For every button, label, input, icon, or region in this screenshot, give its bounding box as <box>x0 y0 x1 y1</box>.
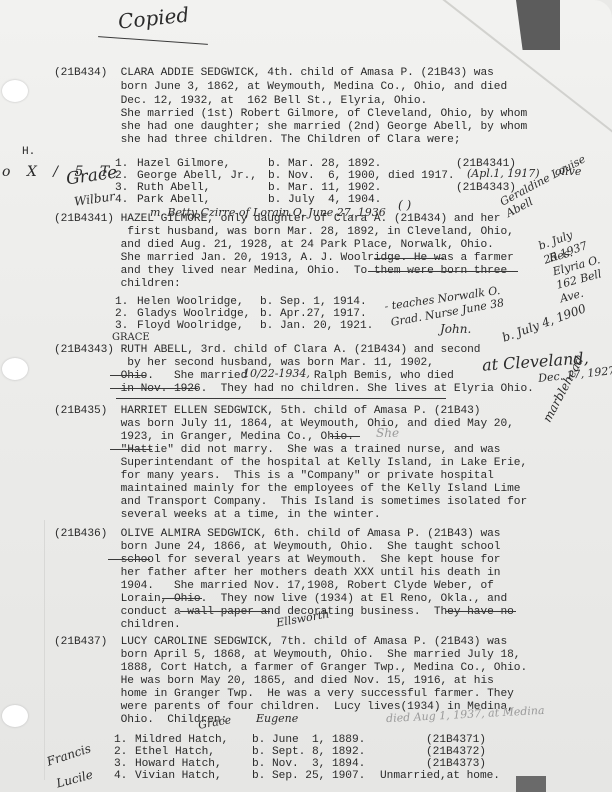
entry-21b435-line: 1923, in Granger, Medina Co., Ohio. <box>54 431 354 444</box>
strike-line <box>110 388 198 389</box>
john-birth-note: b. July 4, 1900 <box>500 301 588 344</box>
entry-21b434-line: she had one daughter; she married (2nd) … <box>54 121 527 134</box>
entry-21b4341-line: and died Aug. 21, 1928, at 24 Park Place… <box>54 239 494 252</box>
entry-21b4343-line: in Nov. 1926. They had no children. She … <box>54 383 534 396</box>
entry-21b436-line: born June 24, 1866, at Weymouth, Ohio. S… <box>54 541 500 554</box>
entry-21b437-line: (21B437) LUCY CAROLINE SEDGWICK, 7th. ch… <box>54 636 507 649</box>
entry-21b437-line: born April 5, 1868, at Weymouth, Ohio. S… <box>54 649 520 662</box>
entry-21b434-line: she had three children. The Children of … <box>54 134 460 147</box>
entry-21b435-line: several weeks at a time, in the winter. <box>54 509 381 522</box>
entry-21b435-line: maintained mainly for the employees of t… <box>54 483 520 496</box>
entry-21b434-line: (21B434) CLARA ADDIE SEDGWICK, 4th. chil… <box>54 67 494 80</box>
tape-tab-bottom <box>516 776 546 792</box>
grace-caret-note: GRACE <box>112 332 150 343</box>
strike-line <box>108 559 150 560</box>
child-born: b. Sep. 25, 1907. <box>252 770 365 783</box>
entry-21b437-line: 1888, Cort Hatch, a farmer of Granger Tw… <box>54 662 527 675</box>
strike-line <box>446 611 516 612</box>
entry-21b436-line: school for several years at Weymouth. Sh… <box>54 554 500 567</box>
john-note: John. <box>440 322 471 336</box>
child-note: Unmarried,at home. <box>380 770 500 783</box>
punch-hole <box>2 358 28 380</box>
child-born: b. Jan. 20, 1921. <box>260 320 373 333</box>
george-death-note: (Apl.1, 1917) <box>467 167 540 180</box>
entry-21b435-line: and Transport Company. This Island is so… <box>54 496 527 509</box>
child-num: 4. <box>115 194 128 207</box>
entry-21b436-line: her father after her mothers death XXX u… <box>54 567 500 580</box>
lucile-note: Lucile <box>55 767 95 790</box>
strike-line <box>180 611 270 612</box>
section-underline <box>116 398 446 399</box>
entry-21b435-line: "Hattie" did not marry. She was a traine… <box>54 444 500 457</box>
entry-21b436-line: (21B436) OLIVE ALMIRA SEDGWICK, 6th. chi… <box>54 528 500 541</box>
punch-hole <box>2 705 28 727</box>
child-name: Floyd Woolridge, <box>137 320 244 333</box>
copied-underline <box>98 36 208 45</box>
entry-21b4341-line: (21B4341) HAZEL GILMORE, only daughter o… <box>54 213 500 226</box>
entry-21b435-line: for many years. This is a "Company" or p… <box>54 470 494 483</box>
punch-hole <box>2 80 28 102</box>
strike-line <box>162 598 202 599</box>
child-name: Vivian Hatch, <box>135 770 222 783</box>
francis-note: Francis <box>45 741 93 768</box>
entry-21b4341-line: She married Jan. 20, 1913, A. J. Woolrid… <box>54 252 514 265</box>
entry-21b4341-line: children: <box>54 278 181 291</box>
she-faint-note: She <box>376 426 399 440</box>
child-num: 4. <box>114 770 127 783</box>
wilbur-note: Wilbur <box>73 189 116 209</box>
entry-21b4343-line: (21B4343) RUTH ABELL, 3rd. child of Clar… <box>54 344 480 357</box>
entry-21b4341-line: first husband, was born Mar. 28, 1892, i… <box>54 226 514 239</box>
entry-21b435-line: was born July 11, 1864, at Weymouth, Ohi… <box>54 418 514 431</box>
copied-note: Copied <box>117 2 190 33</box>
entry-21b434-line: She married (1st) Robert Gilmore, of Cle… <box>54 108 527 121</box>
margin-crease <box>44 520 45 780</box>
eugene-note: Eugene <box>256 712 298 725</box>
entry-21b436-line: children. <box>54 619 181 632</box>
document-page: Copied (21B434) CLARA ADDIE SEDGWICK, 4t… <box>0 0 612 792</box>
strike-line <box>374 258 444 259</box>
tape-tab-top <box>516 0 560 50</box>
parens-note: ( ) <box>398 198 411 212</box>
entry-21b437-line: He was born May 20, 1865, and died Nov. … <box>54 675 494 688</box>
h-mark: H. <box>22 146 35 159</box>
strike-line <box>368 271 518 272</box>
entry-21b435-line: (21B435) HARRIET ELLEN SEDGWICK, 5th. ch… <box>54 405 480 418</box>
entry-21b437-line: home in Granger Twp. He was a very succe… <box>54 688 514 701</box>
strike-line <box>330 436 360 437</box>
entry-21b436-line: 1904. She married Nov. 17,1908, Robert C… <box>54 580 494 593</box>
entry-21b435-line: Superintendant of the hospital at Kelly … <box>54 457 527 470</box>
entry-21b434-line: born June 3, 1862, at Weymouth, Medina C… <box>54 81 507 94</box>
strike-line <box>110 375 146 376</box>
ruth-married-date-note: 10/22-1934, <box>243 367 310 380</box>
entry-21b434-line: Dec. 12, 1932, at 162 Bell St., Elyria, … <box>54 95 427 108</box>
entry-21b436-line: Lorain, Ohio. They now live (1934) at El… <box>54 593 507 606</box>
strike-line <box>110 449 152 450</box>
